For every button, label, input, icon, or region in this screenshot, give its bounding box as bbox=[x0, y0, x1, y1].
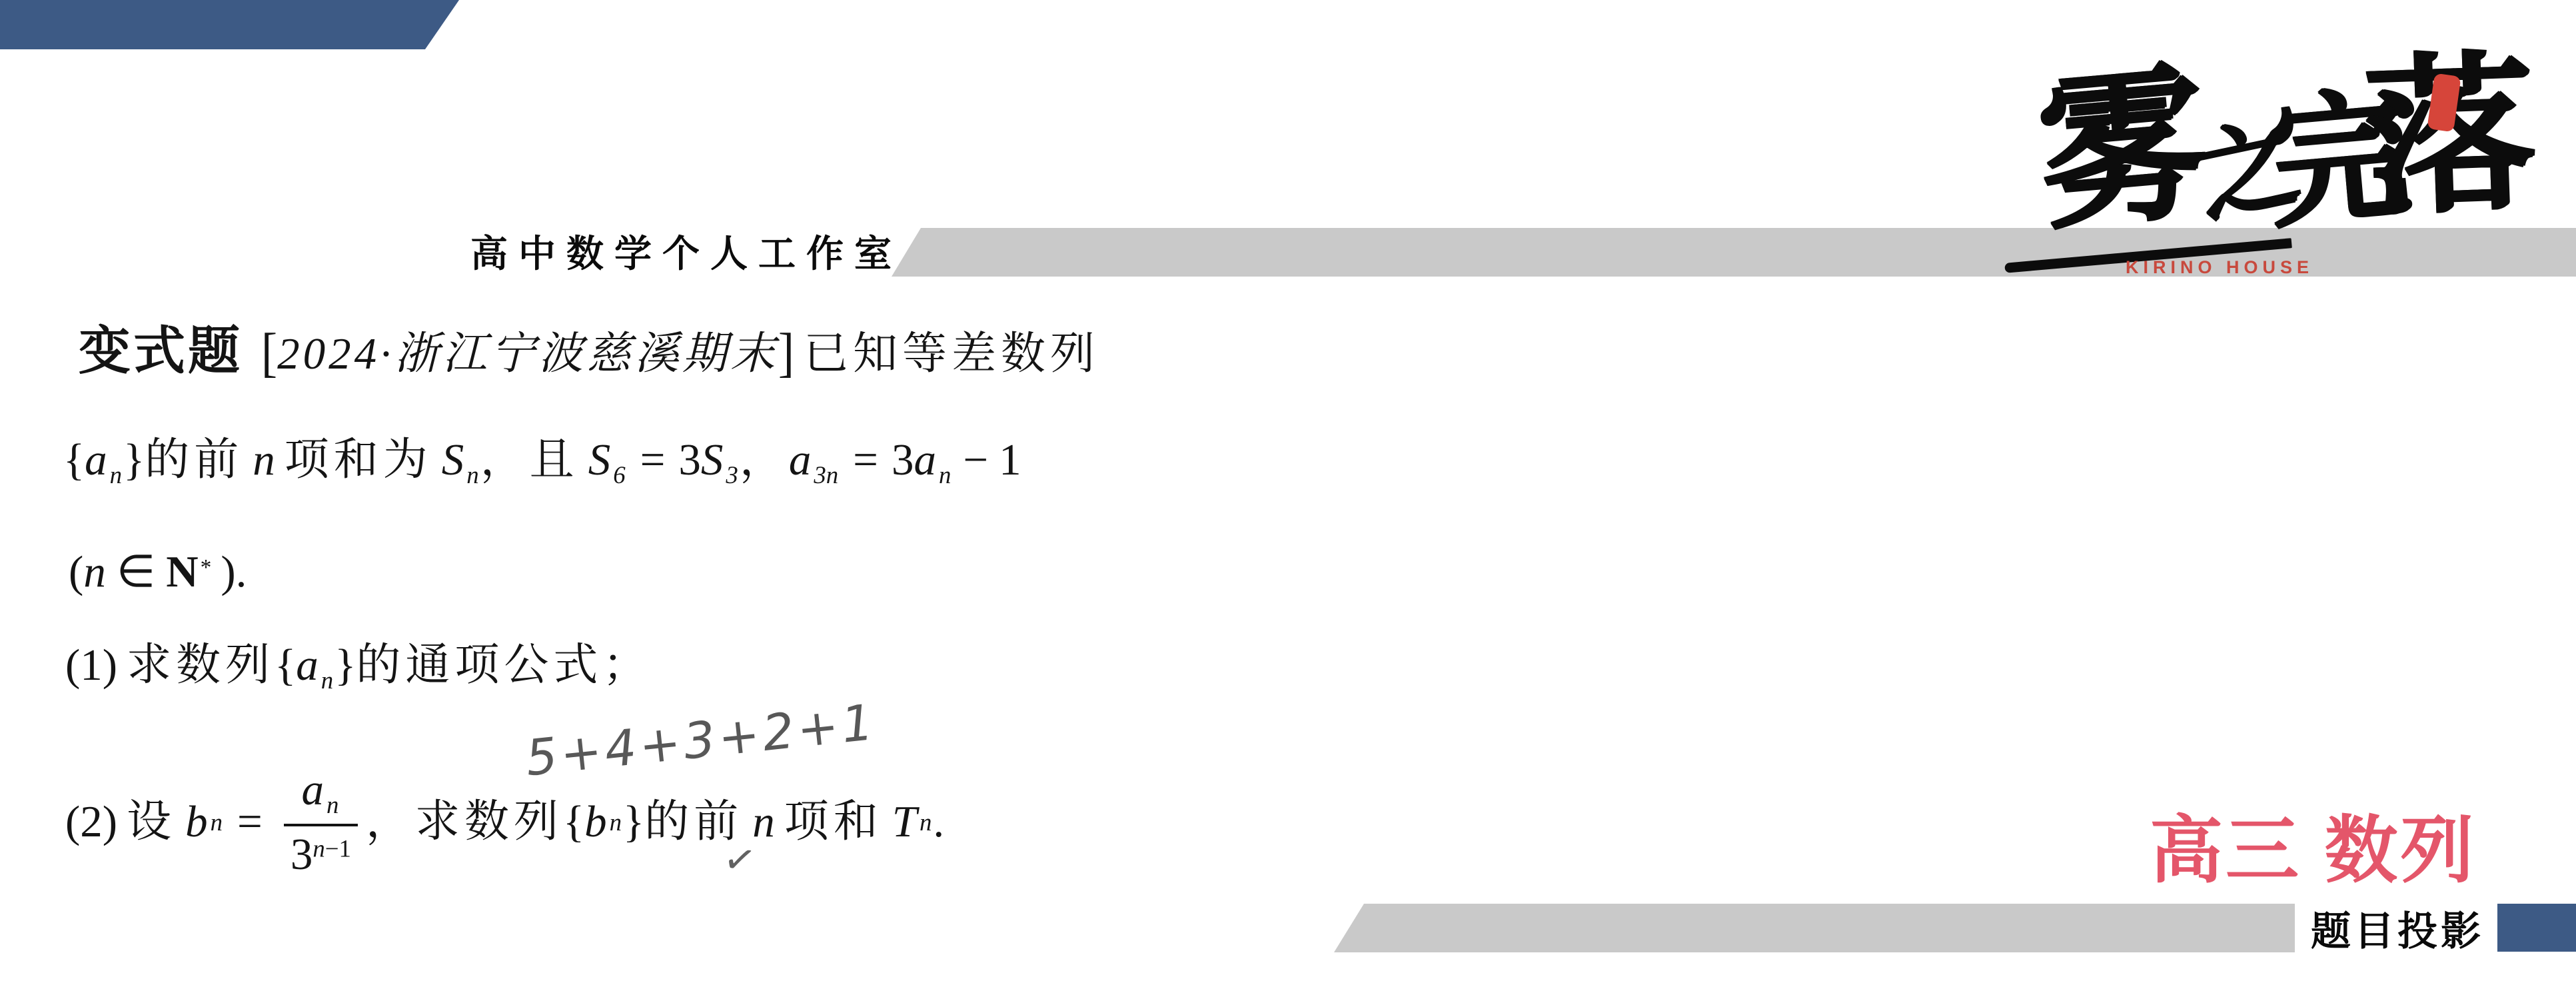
brace-close: } bbox=[123, 435, 145, 485]
footer-banner-label: 题目投影 bbox=[2300, 904, 2495, 952]
fraction-numerator: an bbox=[295, 764, 346, 823]
var-b: b bbox=[584, 796, 607, 848]
problem-line-3: (n∈N*). bbox=[69, 546, 247, 598]
equals: = bbox=[640, 435, 666, 485]
sub-n: n bbox=[321, 666, 333, 694]
text: 项和为 bbox=[285, 435, 432, 485]
exponent: n−1 bbox=[313, 834, 351, 862]
element-of: ∈ bbox=[117, 547, 155, 596]
logo-calligraphy-char: 雾 bbox=[2032, 61, 2213, 242]
paren-open: ( bbox=[69, 547, 83, 596]
bracket-open: [ bbox=[261, 322, 277, 384]
minus: − bbox=[963, 435, 988, 485]
text: 求数列 bbox=[127, 640, 275, 690]
brace-open: { bbox=[563, 796, 584, 848]
var-n: n bbox=[253, 435, 275, 485]
fraction-denominator: 3n−1 bbox=[284, 824, 358, 880]
problem-source: 2024·浙江宁波慈溪期末 bbox=[277, 329, 778, 379]
equals: = bbox=[237, 796, 263, 848]
sub-n: n bbox=[466, 461, 478, 489]
logo-caption: KIRINO HOUSE bbox=[2126, 257, 2313, 278]
brace-close: } bbox=[334, 640, 356, 690]
sub-n: n bbox=[110, 461, 122, 489]
footer-blue-block bbox=[2497, 904, 2576, 952]
var-a: a bbox=[789, 435, 812, 485]
problem-tag: 变式题 bbox=[79, 321, 243, 380]
base-3: 3 bbox=[291, 830, 313, 879]
brace-open: { bbox=[275, 640, 296, 690]
equals: = bbox=[853, 435, 878, 485]
sub-6: 6 bbox=[613, 461, 625, 489]
var-a: a bbox=[301, 765, 324, 814]
var-a: a bbox=[296, 640, 319, 690]
var-S: S bbox=[701, 435, 724, 485]
period: . bbox=[236, 547, 247, 596]
coef-3: 3 bbox=[892, 435, 914, 485]
problem-intro: 已知等差数列 bbox=[804, 329, 1099, 379]
comma: ， bbox=[740, 435, 789, 485]
problem-line-4: (1)求数列{an}的通项公式； bbox=[65, 640, 652, 694]
paren-close: ) bbox=[221, 547, 235, 596]
var-a: a bbox=[85, 435, 107, 485]
text: ，且 bbox=[480, 435, 579, 485]
var-b: b bbox=[185, 796, 208, 848]
footer-gray-band bbox=[1334, 904, 2295, 952]
sub-n: n bbox=[326, 791, 338, 818]
brace-open: { bbox=[63, 435, 85, 485]
var-S: S bbox=[588, 435, 611, 485]
var-T: T bbox=[892, 796, 917, 848]
problem-line-2: {an}的前n项和为Sn，且S6=3S3，a3n=3an−1 bbox=[63, 435, 1021, 489]
text: ， bbox=[366, 796, 415, 848]
problem-line-5: (2)设bn=an3n−1，求数列{bn}的前n项和Tn. bbox=[65, 752, 944, 893]
num-1: 1 bbox=[999, 435, 1021, 485]
text: 设 bbox=[127, 796, 176, 848]
var-n: n bbox=[83, 547, 106, 596]
text: 求数列 bbox=[415, 796, 563, 848]
slide: 高中数学个人工作室 雾 之 完 落 KIRINO HOUSE 变式题[2024·… bbox=[0, 0, 2576, 1001]
sub-n: n bbox=[211, 808, 223, 836]
text: 的通项公式； bbox=[356, 640, 652, 690]
item-number: (2) bbox=[65, 796, 117, 848]
logo: 雾 之 完 落 KIRINO HOUSE bbox=[1999, 41, 2576, 301]
bracket-close: ] bbox=[778, 322, 794, 384]
var-S: S bbox=[442, 435, 464, 485]
text: 的前 bbox=[145, 435, 243, 485]
category-label: 高三 数列 bbox=[2150, 792, 2477, 897]
coef-3: 3 bbox=[678, 435, 701, 485]
studio-title: 高中数学个人工作室 bbox=[470, 227, 924, 276]
set-N: N bbox=[166, 547, 198, 596]
sub-3: 3 bbox=[726, 461, 738, 489]
fraction: an3n−1 bbox=[284, 764, 358, 880]
var-a: a bbox=[914, 435, 936, 485]
sub-n: n bbox=[610, 808, 622, 836]
star: * bbox=[201, 555, 212, 580]
brace-close: } bbox=[623, 796, 644, 848]
sub-n: n bbox=[920, 808, 932, 836]
text: 项和 bbox=[784, 796, 883, 848]
item-number: (1) bbox=[65, 640, 117, 690]
header-blue-shape bbox=[0, 0, 459, 49]
sub-3n: 3n bbox=[814, 461, 838, 489]
period: . bbox=[933, 796, 944, 848]
sub-n: n bbox=[939, 461, 951, 489]
exp-var-n: n bbox=[313, 834, 324, 862]
problem-line-1: 变式题[2024·浙江宁波慈溪期末]已知等差数列 bbox=[79, 321, 1099, 381]
exp-minus-1: −1 bbox=[325, 834, 351, 862]
